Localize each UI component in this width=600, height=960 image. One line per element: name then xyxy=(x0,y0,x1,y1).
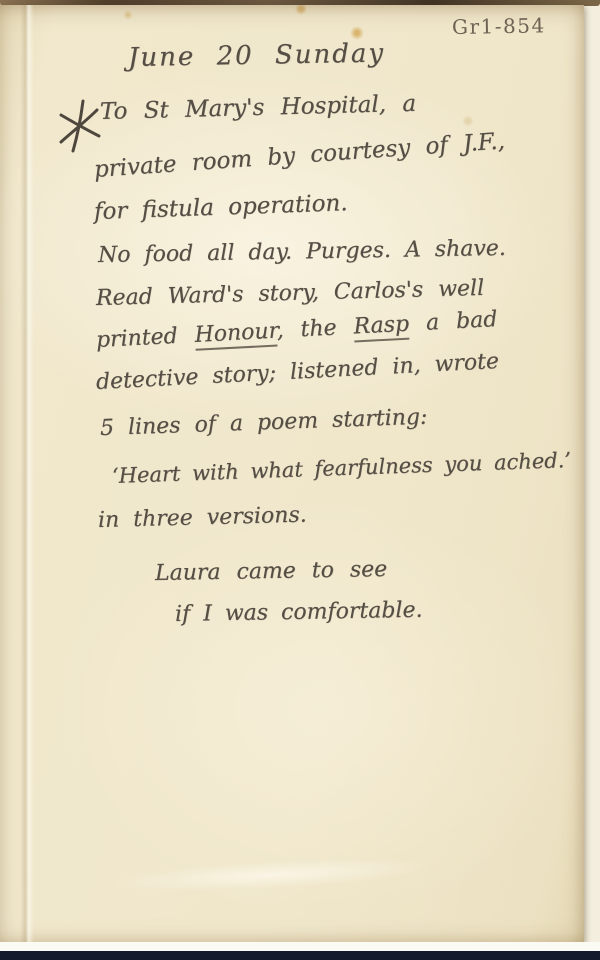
archive-reference: Gr1-854 xyxy=(452,13,546,39)
diary-line: private room by courtesy of J.F., xyxy=(93,128,506,183)
scanned-diary-page: Gr1-854 June 20 Sunday To St Mary's Hosp… xyxy=(0,0,600,960)
diary-line-part: a bad xyxy=(408,307,498,337)
diary-line: Read Ward's story, Carlos's well xyxy=(96,276,485,311)
asterisk-mark xyxy=(56,97,104,155)
diary-line-part: printed xyxy=(95,323,195,353)
diary-line: in three versions. xyxy=(98,503,307,533)
underlined-title-honour: Honour xyxy=(194,319,277,351)
paper-crease xyxy=(59,834,482,916)
diary-line: if I was comfortable. xyxy=(175,598,423,627)
scan-margin-dark xyxy=(0,951,600,960)
diary-line: Laura came to see xyxy=(155,557,388,586)
diary-line-with-underlines: printed Honour, the Rasp a bad xyxy=(95,307,498,353)
underlined-title-rasp: Rasp xyxy=(353,312,410,343)
diary-line: No food all day. Purges. A shave. xyxy=(98,236,506,268)
poem-quote-line: ‘Heart with what fearfulness you ached.’ xyxy=(112,448,572,488)
date-heading: June 20 Sunday xyxy=(128,39,386,73)
diary-line: To St Mary's Hospital, a xyxy=(100,91,417,125)
diary-paper-sheet: Gr1-854 June 20 Sunday To St Mary's Hosp… xyxy=(0,5,584,943)
diary-line: detective story; listened in, wrote xyxy=(95,349,499,395)
scan-margin-white xyxy=(0,942,600,951)
diary-line-part: , the xyxy=(276,315,354,344)
diary-line: for fistula operation. xyxy=(94,190,348,225)
paper-crease xyxy=(20,5,34,943)
diary-line: 5 lines of a poem starting: xyxy=(100,405,428,441)
